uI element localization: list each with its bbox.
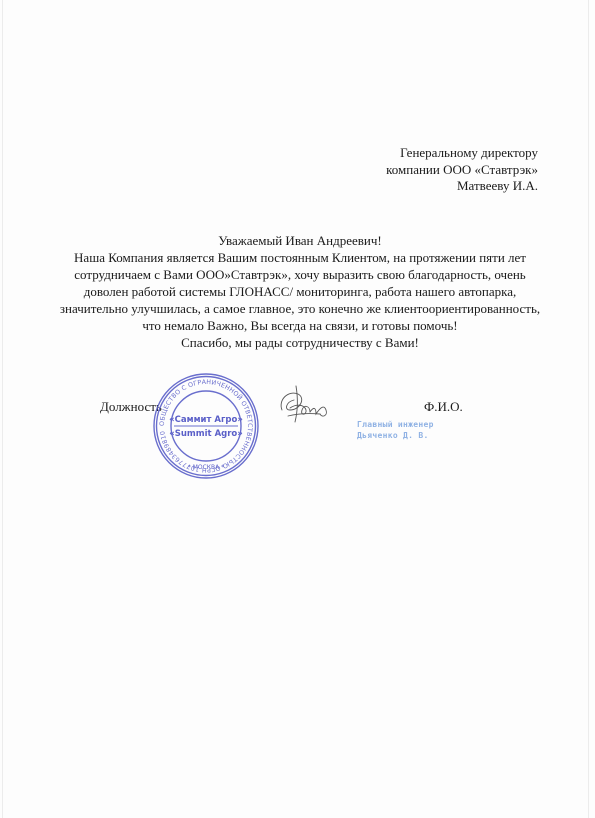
scan-edge-left xyxy=(2,0,3,818)
addressee-block: Генеральному директору компании ООО «Ста… xyxy=(386,145,538,195)
body-line: Наша Компания является Вашим постоянным … xyxy=(58,249,542,266)
scan-edge-right xyxy=(588,0,589,818)
addressee-company: компании ООО «Ставтрэк» xyxy=(386,162,538,179)
fio-label: Ф.И.О. xyxy=(424,399,463,415)
addressee-title: Генеральному директору xyxy=(386,145,538,162)
body-line: что немало Важно, Вы всегда на связи, и … xyxy=(58,317,542,334)
stamp-name: Дьяченко Д. В. xyxy=(357,430,434,441)
stamp-position: Главный инженер xyxy=(357,419,434,430)
body-line: доволен работой системы ГЛОНАСС/ монитор… xyxy=(58,283,542,300)
seal-city: * МОСКВА * xyxy=(188,464,224,471)
body-line: сотрудничаем с Вами ООО»Ставтрэк», хочу … xyxy=(58,266,542,283)
company-seal-icon: ОБЩЕСТВО С ОГРАНИЧЕННОЙ ОТВЕТСТВЕННОСТЬЮ… xyxy=(152,372,260,480)
addressee-name: Матвееву И.А. xyxy=(386,178,538,195)
seal-name-en: «Summit Agro» xyxy=(169,429,243,439)
letter-body: Уважаемый Иван Андреевич! Наша Компания … xyxy=(58,232,542,351)
official-name-stamp: Главный инженер Дьяченко Д. В. xyxy=(357,419,434,441)
body-line: Спасибо, мы рады сотрудничеству с Вами! xyxy=(58,334,542,351)
seal-name-ru: «Саммит Агро» xyxy=(169,415,243,425)
greeting: Уважаемый Иван Андреевич! xyxy=(58,232,542,249)
signature-icon xyxy=(276,380,336,428)
body-line: значительно улучшилась, а самое главное,… xyxy=(58,300,542,317)
